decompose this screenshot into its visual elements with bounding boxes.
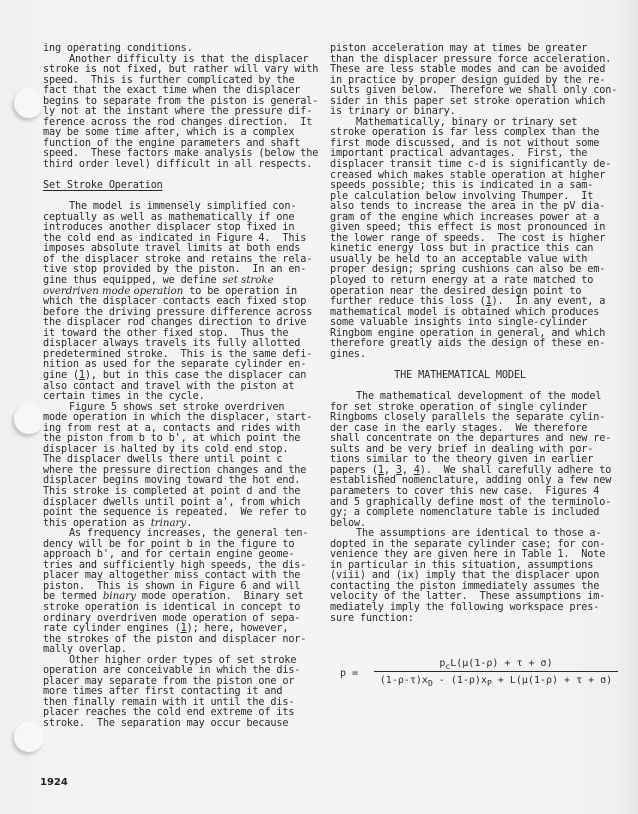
text-run: further reduce this loss ( — [330, 296, 486, 307]
text-run: rate cylinder engines ( — [43, 623, 181, 634]
text-line: therefore greatly aids the design of the… — [330, 339, 610, 350]
text-run: gine thus equipped, we define — [43, 275, 223, 286]
text-run: mode operation. Binary set — [136, 591, 304, 602]
text-line: This stroke is completed at point d and … — [43, 487, 311, 498]
text-run: papers ( — [330, 465, 378, 476]
emphasized-term: set stroke — [223, 275, 274, 286]
emphasized-term: trinary — [151, 518, 186, 529]
paragraph-start-line: The mathematical development of the mode… — [330, 392, 610, 403]
text-line: gines. — [330, 350, 610, 361]
section-heading: THE MATHEMATICAL MODEL — [330, 371, 610, 382]
emphasized-term: binary — [103, 591, 136, 602]
equation-numerator: pcL(μ(1-ρ) + τ + σ) — [374, 657, 618, 670]
text-line: third order level) difficult in all resp… — [43, 160, 311, 171]
hole-punch-mark — [14, 722, 44, 752]
text-run: ). In any event, a — [492, 296, 606, 307]
text-line: stroke operation is identical in concept… — [43, 603, 311, 614]
text-line: gine (1), but in this case the displacer… — [43, 371, 311, 382]
heading-line: Set Stroke Operation — [43, 181, 311, 192]
text-run: , — [384, 465, 396, 476]
text-line: piston acceleration may at times be grea… — [330, 44, 610, 55]
page-number: 1924 — [40, 777, 68, 788]
text-line: stroke. The separation may occur because — [43, 719, 311, 730]
text-run: be termed — [43, 591, 103, 602]
text-line: mediately imply the following workspace … — [330, 603, 610, 614]
text-run: . — [186, 518, 192, 529]
text-line: certain times in the cycle. — [43, 392, 311, 403]
emphasized-term: overdriven mode operation — [43, 286, 183, 297]
text-line: ployed to return energy at a rate matche… — [330, 276, 610, 287]
document-page: ing operating conditions.Another difficu… — [0, 0, 638, 814]
equation-lhs: p = — [340, 668, 358, 679]
equation-fraction: pcL(μ(1-ρ) + τ + σ) (1-ρ-τ)xD - (1-ρ)xP … — [374, 657, 618, 687]
fraction-bar — [374, 671, 618, 672]
pressure-function-equation: p = pcL(μ(1-ρ) + τ + σ) (1-ρ-τ)xD - (1-ρ… — [340, 657, 630, 697]
text-run: ). We shall carefully adhere to — [420, 465, 611, 476]
text-line: gy; a complete nomenclature table is inc… — [330, 508, 610, 519]
text-line: ing operating conditions. — [43, 44, 311, 55]
text-run: ); here, however, — [187, 623, 289, 634]
hole-punch-mark — [14, 404, 44, 434]
section-heading: Set Stroke Operation — [43, 181, 163, 192]
text-run: , — [402, 465, 414, 476]
text-run: to be operation in — [183, 286, 297, 297]
text-line: sure function: — [330, 614, 610, 625]
hole-punch-mark — [14, 88, 44, 118]
text-line: parameters to cover this new case. Figur… — [330, 487, 610, 498]
text-run: ), but in this case the displacer can — [85, 370, 306, 381]
text-line: displacer transit time c-d is significan… — [330, 160, 610, 171]
left-text-column: ing operating conditions.Another difficu… — [43, 44, 311, 730]
text-run: this operation as — [43, 518, 151, 529]
right-text-column: piston acceleration may at times be grea… — [330, 44, 610, 624]
text-run: gine ( — [43, 370, 79, 381]
equation-denominator: (1-ρ-τ)xD - (1-ρ)xP + L(μ(1-ρ) + τ + σ) — [374, 674, 618, 687]
